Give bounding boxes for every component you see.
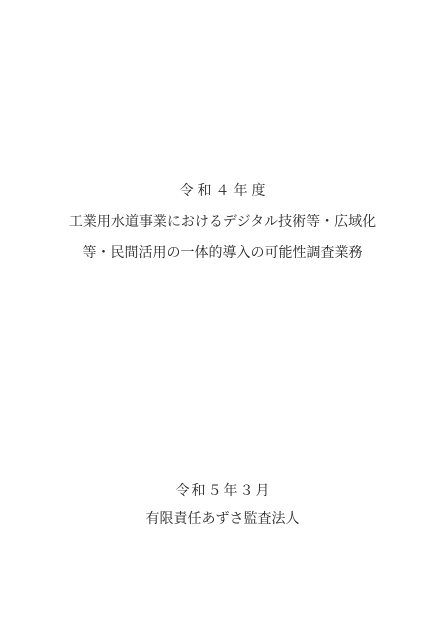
title-line-2: 等・民間活用の一体的導入の可能性調査業務 — [0, 238, 445, 269]
document-title-block: 令和４年度 工業用水道事業におけるデジタル技術等・広域化 等・民間活用の一体的導… — [0, 176, 445, 269]
document-footer-block: 令和５年３月 有限責任あずさ監査法人 — [0, 478, 445, 534]
document-cover-page: 令和４年度 工業用水道事業におけるデジタル技術等・広域化 等・民間活用の一体的導… — [0, 0, 445, 630]
title-line-1: 工業用水道事業におけるデジタル技術等・広域化 — [0, 207, 445, 238]
title-fiscal-year: 令和４年度 — [0, 176, 445, 207]
organization-name: 有限責任あずさ監査法人 — [0, 506, 445, 534]
publication-date: 令和５年３月 — [0, 478, 445, 506]
